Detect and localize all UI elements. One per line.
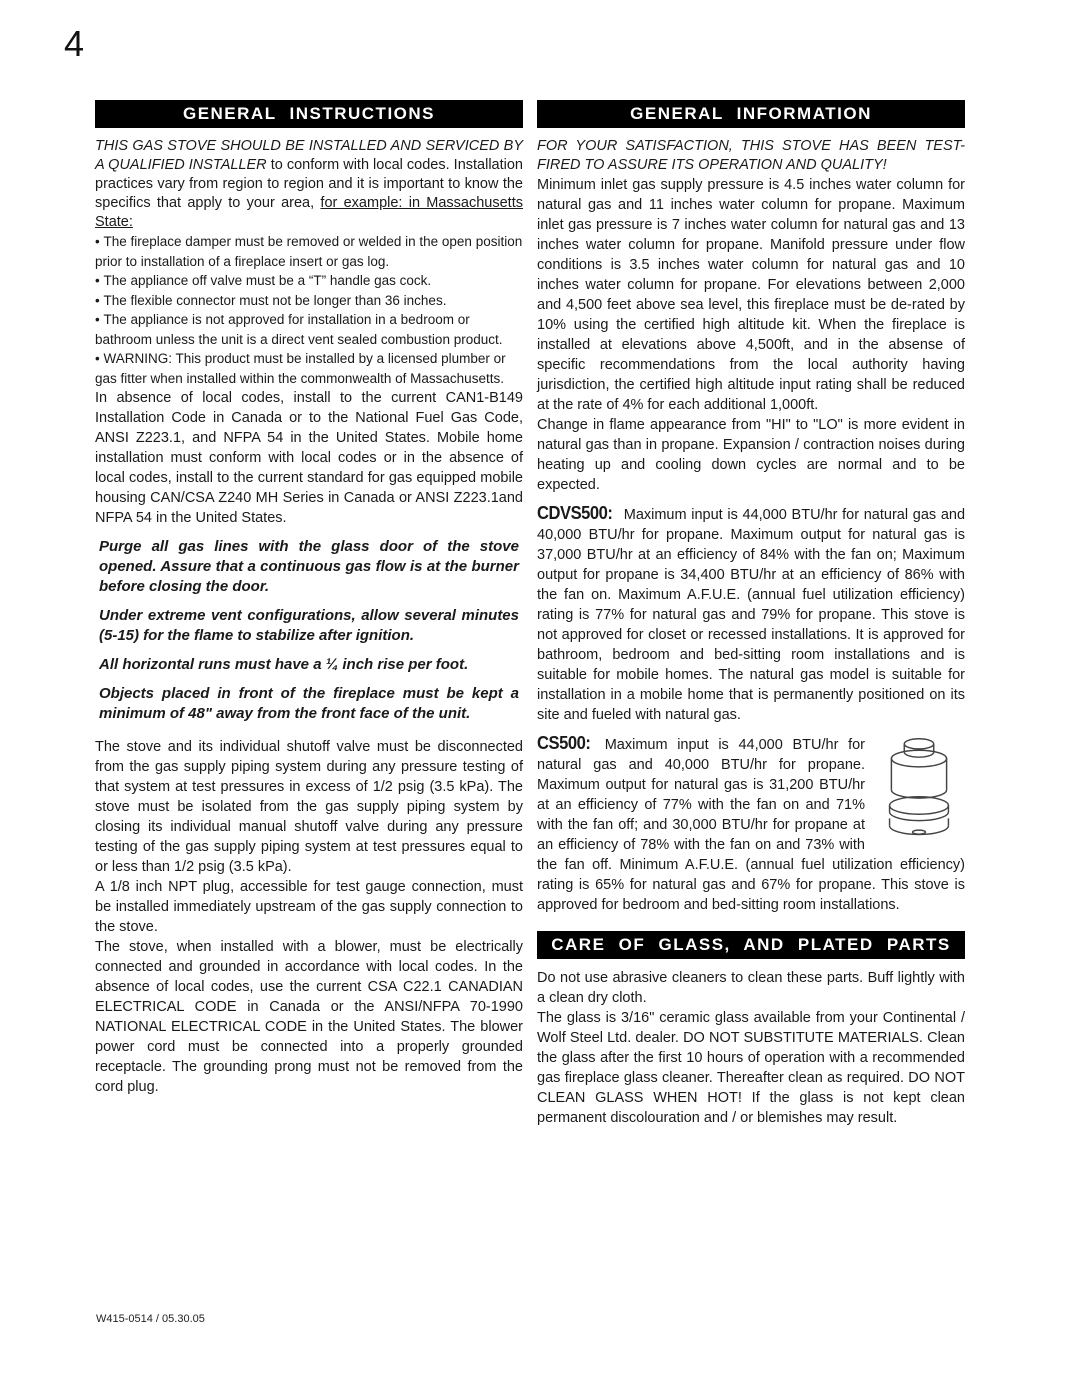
section-header-general-instructions: GENERAL INSTRUCTIONS: [95, 100, 523, 128]
test-fired-paragraph: FOR YOUR SATISFACTION, THIS STOVE HAS BE…: [537, 137, 965, 175]
pressure-testing-paragraph: The stove and its individual shutoff val…: [95, 737, 523, 877]
list-item: The appliance is not approved for instal…: [95, 310, 523, 349]
section-header-general-information: GENERAL INFORMATION: [537, 100, 965, 128]
manual-page: 4 GENERAL INSTRUCTIONS THIS GAS STOVE SH…: [0, 0, 1080, 1397]
intro-paragraph: THIS GAS STOVE SHOULD BE INSTALLED AND S…: [95, 137, 523, 232]
massachusetts-bullet-list: The fireplace damper must be removed or …: [95, 232, 523, 388]
section-header-care-of-glass: CARE OF GLASS, AND PLATED PARTS: [537, 931, 965, 959]
list-item: WARNING: This product must be installed …: [95, 349, 523, 388]
warning-purge-gas-lines: Purge all gas lines with the glass door …: [95, 537, 523, 597]
warning-objects-clearance: Objects placed in front of the fireplace…: [95, 684, 523, 724]
flue-adaptor-illustration-icon: [873, 733, 965, 843]
list-item: The fireplace damper must be removed or …: [95, 232, 523, 271]
list-item: The appliance off valve must be a “T” ha…: [95, 271, 523, 291]
cs500-paragraph: CS500: Maximum input is 44,000 BTU/hr fo…: [537, 733, 965, 915]
list-item: The flexible connector must not be longe…: [95, 291, 523, 311]
cdvs500-model-text: Maximum input is 44,000 BTU/hr for natur…: [537, 507, 965, 723]
cdvs500-paragraph: CDVS500: Maximum input is 44,000 BTU/hr …: [537, 503, 965, 725]
document-code: W415-0514 / 05.30.05: [96, 1313, 205, 1325]
npt-plug-paragraph: A 1/8 inch NPT plug, accessible for test…: [95, 877, 523, 937]
gas-pressure-paragraph: Minimum inlet gas supply pressure is 4.5…: [537, 175, 965, 415]
cs500-model-label: CS500:: [537, 733, 590, 753]
warning-horizontal-runs: All horizontal runs must have a ¼ inch r…: [95, 655, 523, 675]
flame-appearance-paragraph: Change in flame appearance from "HI" to …: [537, 415, 965, 495]
care-glass-paragraph: The glass is 3/16" ceramic glass availab…: [537, 1008, 965, 1128]
right-column: GENERAL INFORMATION FOR YOUR SATISFACTIO…: [537, 100, 965, 1128]
electrical-code-paragraph: The stove, when installed with a blower,…: [95, 937, 523, 1097]
codes-paragraph: In absence of local codes, install to th…: [95, 388, 523, 528]
left-column: GENERAL INSTRUCTIONS THIS GAS STOVE SHOU…: [95, 100, 523, 1097]
warning-vent-configurations: Under extreme vent configurations, allow…: [95, 606, 523, 646]
cdvs500-model-label: CDVS500:: [537, 503, 612, 523]
page-number: 4: [64, 24, 84, 64]
care-abrasive-paragraph: Do not use abrasive cleaners to clean th…: [537, 968, 965, 1008]
